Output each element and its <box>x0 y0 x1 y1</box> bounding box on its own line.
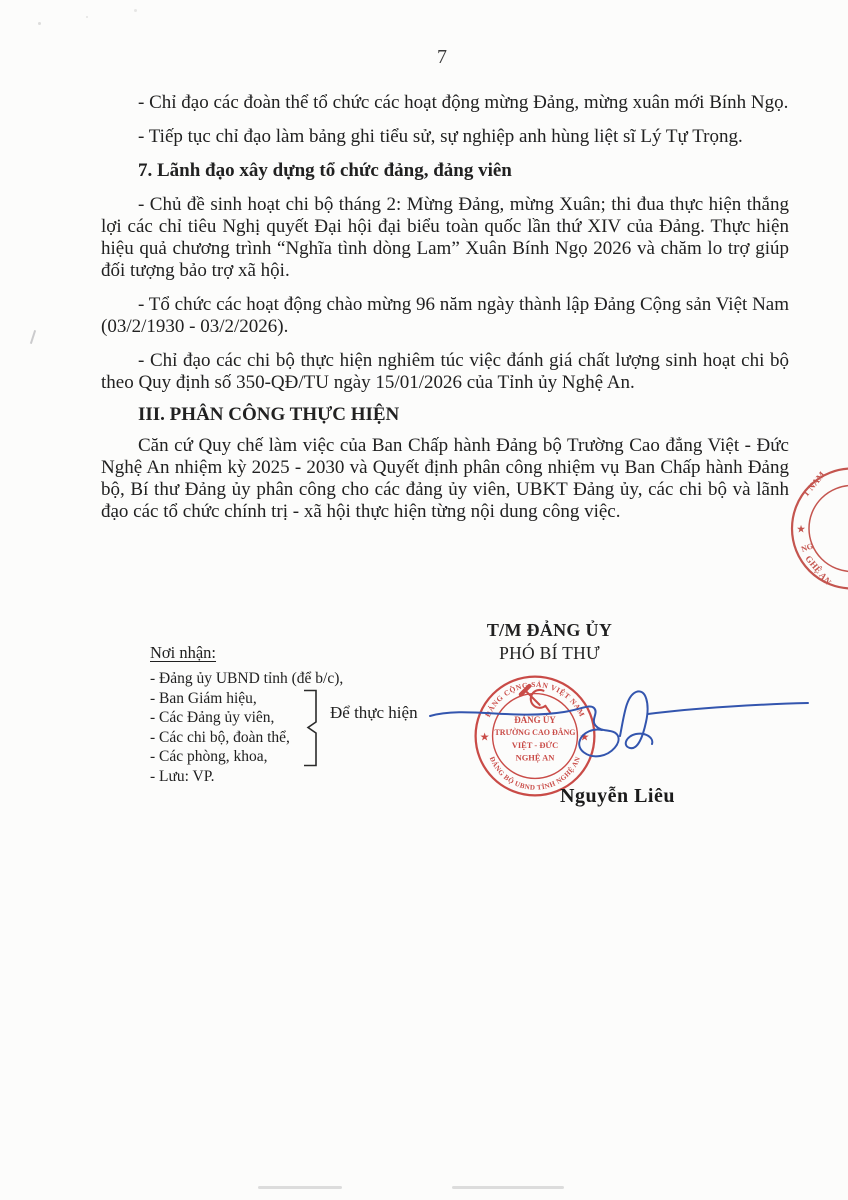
section-heading: 7. Lãnh đạo xây dựng tổ chức đảng, đảng … <box>101 160 789 182</box>
edge-stamp: T NAM ★ NG GHỆ AN <box>778 452 848 607</box>
scan-artifact <box>452 1186 564 1189</box>
recipients-block: Nơi nhận: - Đảng ủy UBND tỉnh (để b/c), … <box>150 643 350 787</box>
recipient-item: - Các chi bộ, đoàn thể, <box>150 728 350 748</box>
paragraph: - Tiếp tục chỉ đạo làm bảng ghi tiểu sử,… <box>101 126 789 148</box>
scan-artifact <box>38 22 41 25</box>
scan-artifact <box>30 330 36 344</box>
paragraph: - Chỉ đạo các chi bộ thực hiện nghiêm tú… <box>101 350 789 394</box>
recipient-item: - Ban Giám hiệu, <box>150 689 350 709</box>
paragraph: - Tổ chức các hoạt động chào mừng 96 năm… <box>101 294 789 338</box>
recipient-item: - Lưu: VP. <box>150 767 350 787</box>
scan-artifact <box>86 16 88 18</box>
paragraph: - Chủ đề sinh hoạt chi bộ tháng 2: Mừng … <box>101 194 789 282</box>
on-behalf-line: T/M ĐẢNG ỦY <box>452 619 647 642</box>
group-label: Để thực hiện <box>330 703 418 723</box>
signer-name: Nguyễn Liêu <box>560 785 675 808</box>
page-number: 7 <box>0 46 848 69</box>
recipient-item: - Các Đảng ủy viên, <box>150 708 350 728</box>
section-heading: III. PHÂN CÔNG THỰC HIỆN <box>101 404 789 426</box>
signer-title-line: PHÓ BÍ THƯ <box>452 642 647 665</box>
signature-block: T/M ĐẢNG ỦY PHÓ BÍ THƯ <box>452 619 647 665</box>
paragraph: Căn cứ Quy chế làm việc của Ban Chấp hàn… <box>101 435 789 523</box>
recipient-item: - Đảng ủy UBND tỉnh (để b/c), <box>150 669 350 689</box>
recipients-list: - Đảng ủy UBND tỉnh (để b/c), - Ban Giám… <box>150 669 350 787</box>
group-bracket <box>302 689 320 767</box>
recipient-item: - Các phòng, khoa, <box>150 747 350 767</box>
document-body: - Chỉ đạo các đoàn thể tổ chức các hoạt … <box>101 92 789 523</box>
scan-artifact <box>258 1186 342 1189</box>
star-icon: ★ <box>797 524 806 534</box>
signature-stroke <box>424 676 816 776</box>
scan-artifact <box>134 9 137 12</box>
paragraph: - Chỉ đạo các đoàn thể tổ chức các hoạt … <box>101 92 789 114</box>
recipients-title: Nơi nhận: <box>150 643 350 663</box>
edge-stamp-fragment-top: T NAM <box>800 469 827 498</box>
page: 7 - Chỉ đạo các đoàn thể tổ chức các hoạ… <box>0 0 848 1200</box>
